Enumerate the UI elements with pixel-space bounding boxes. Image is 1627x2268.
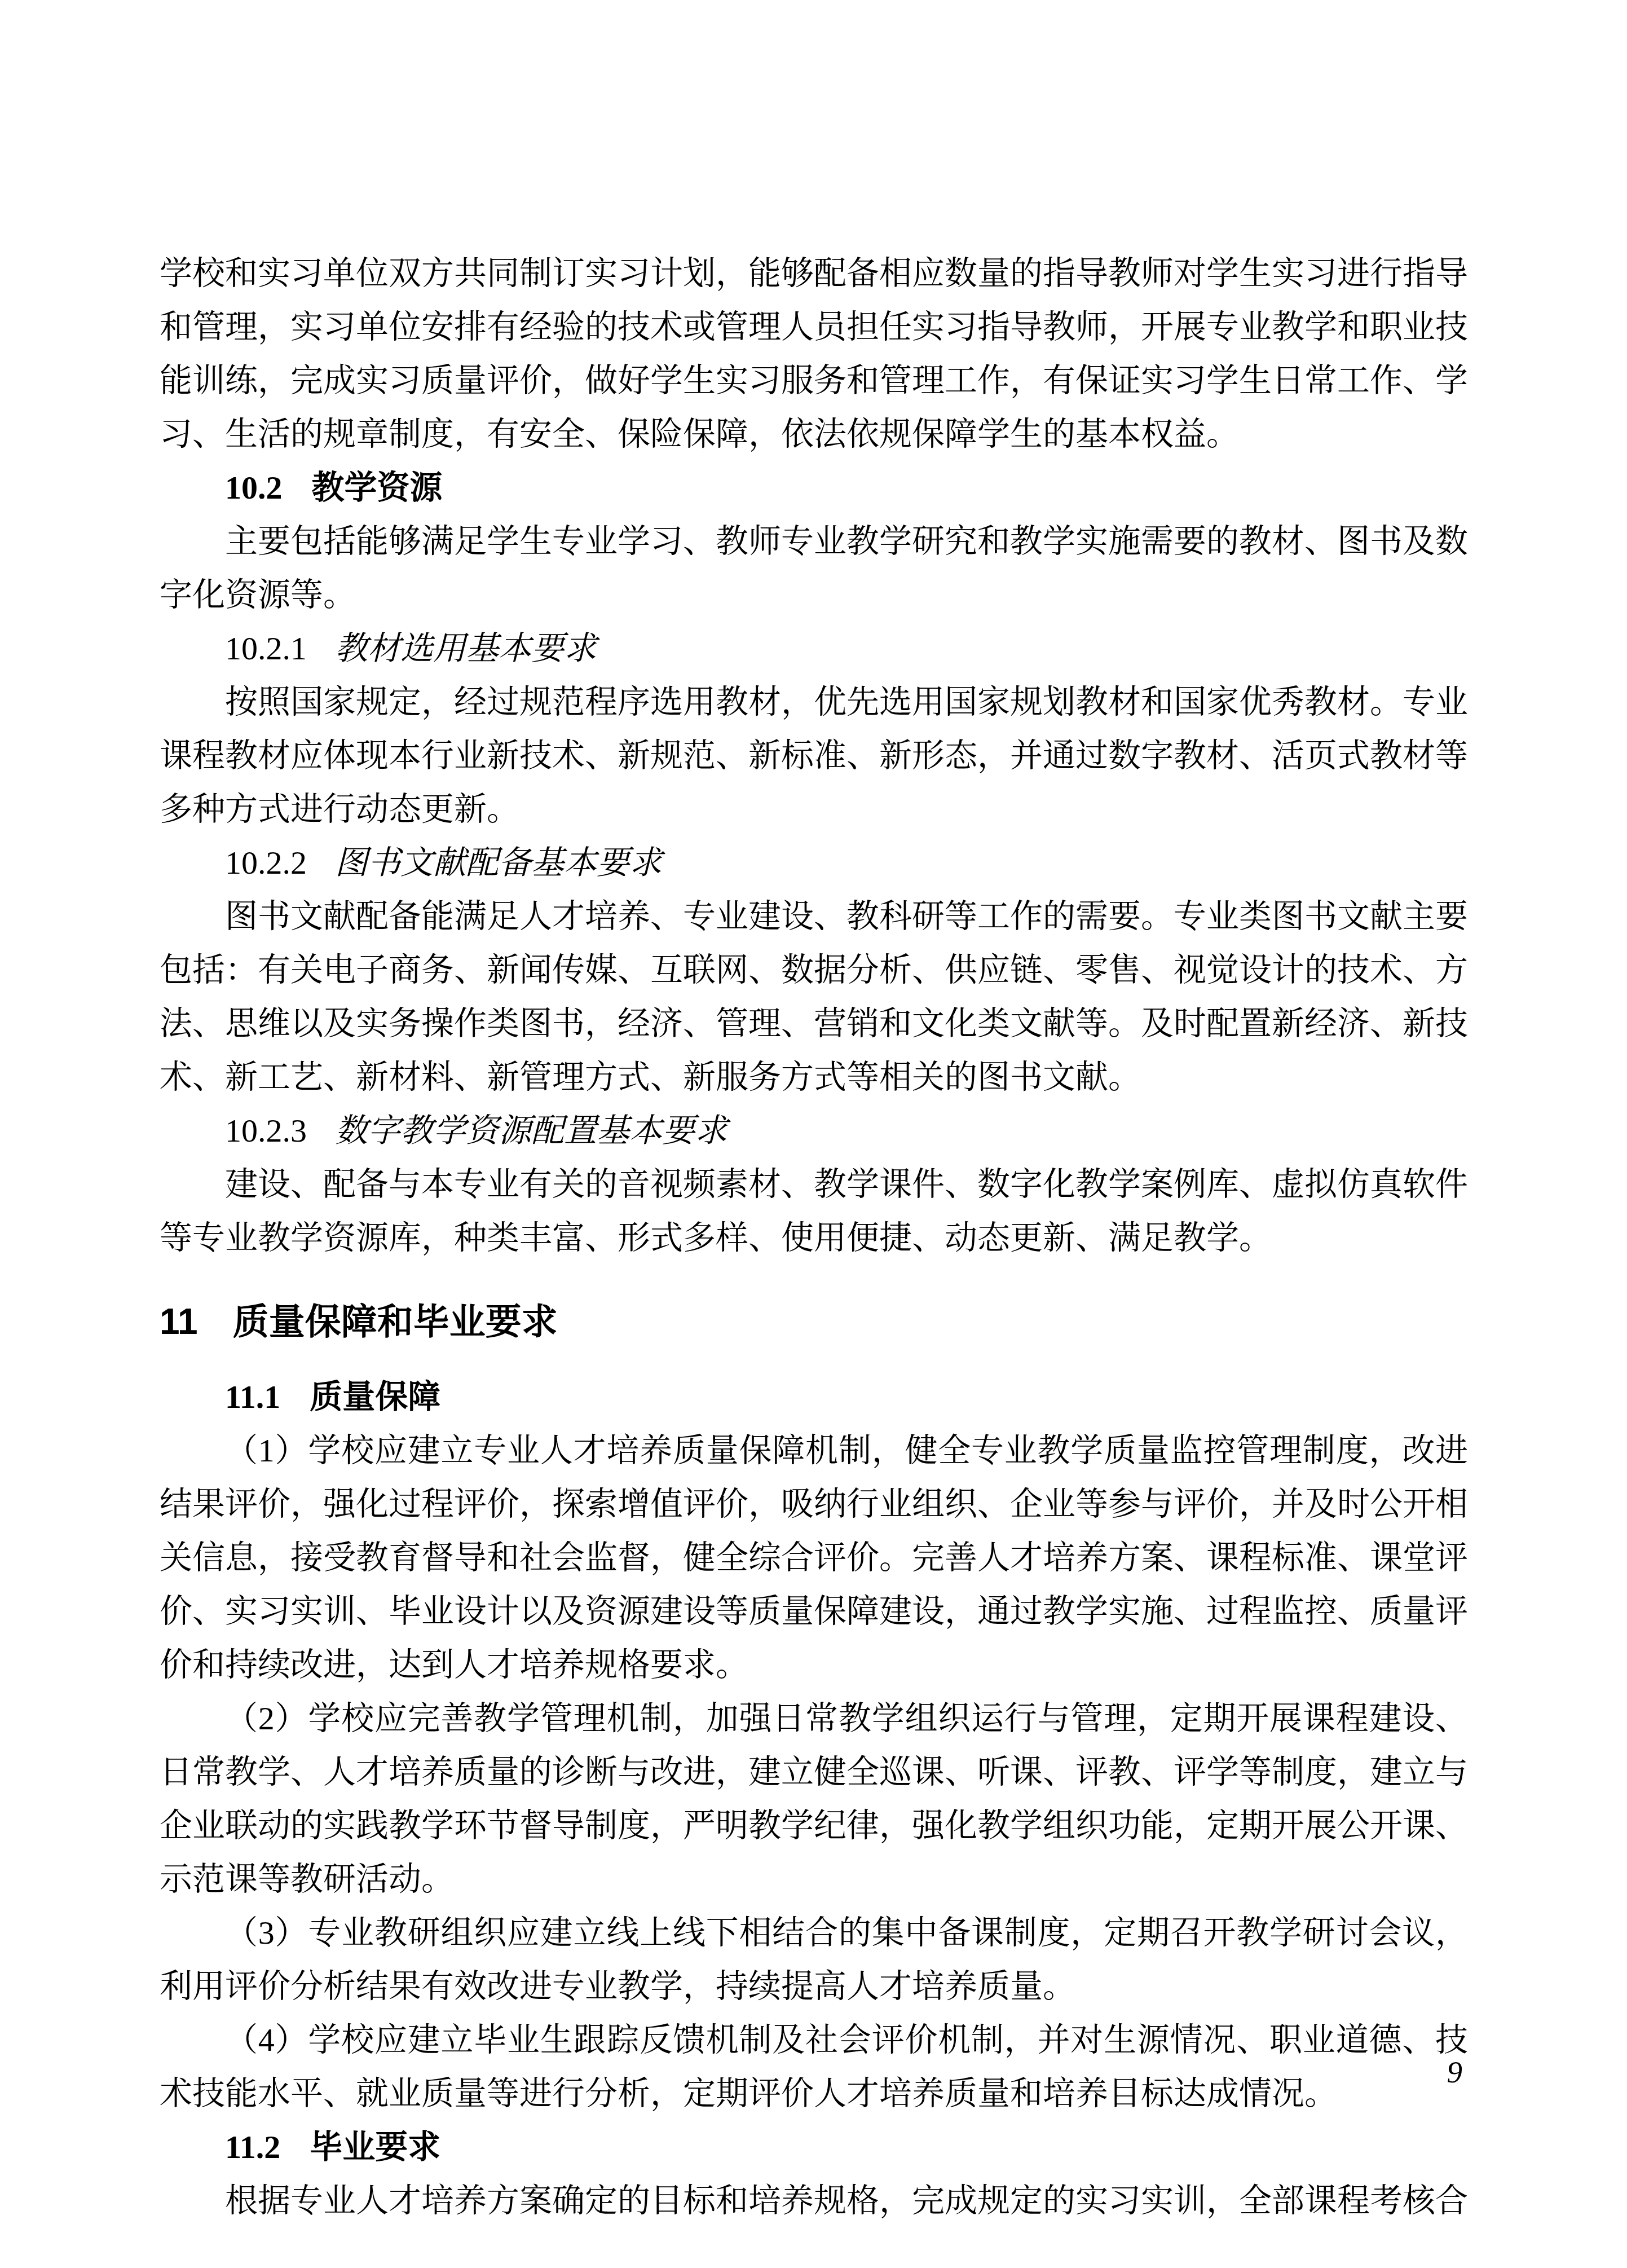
section-heading: 11质量保障和毕业要求: [160, 1295, 1468, 1349]
subsection-heading: 11.1质量保障: [160, 1370, 1468, 1424]
heading-number: 10.2: [225, 469, 283, 506]
heading-number: 11: [160, 1301, 198, 1342]
heading-title: 质量保障: [310, 1379, 440, 1415]
heading-title: 数字教学资源配置基本要求: [335, 1112, 727, 1149]
document-content: 学校和实习单位双方共同制订实习计划，能够配备相应数量的指导教师对学生实习进行指导…: [160, 246, 1468, 2227]
heading-number: 10.2.2: [225, 844, 307, 881]
subsection-heading: 10.2教学资源: [160, 461, 1468, 514]
page-number: 9: [1447, 2054, 1463, 2090]
subsubsection-heading: 10.2.3数字教学资源配置基本要求: [160, 1104, 1468, 1157]
heading-number: 11.1: [225, 1379, 280, 1415]
body-paragraph: 图书文献配备能满足人才培养、专业建设、教科研等工作的需要。专业类图书文献主要包括…: [160, 889, 1468, 1104]
document-page: 学校和实习单位双方共同制订实习计划，能够配备相应数量的指导教师对学生实习进行指导…: [0, 0, 1627, 2268]
heading-number: 10.2.3: [225, 1112, 307, 1149]
body-paragraph: 主要包括能够满足学生专业学习、教师专业教学研究和教学实施需要的教材、图书及数字化…: [160, 514, 1468, 622]
subsection-heading: 11.2毕业要求: [160, 2120, 1468, 2174]
heading-title: 质量保障和毕业要求: [233, 1301, 558, 1342]
heading-number: 11.2: [225, 2129, 280, 2165]
heading-number: 10.2.1: [225, 630, 307, 667]
heading-title: 图书文献配备基本要求: [335, 844, 662, 881]
heading-title: 毕业要求: [310, 2129, 440, 2165]
body-paragraph: （3）专业教研组织应建立线上线下相结合的集中备课制度，定期召开教学研讨会议，利用…: [160, 1906, 1468, 2013]
heading-title: 教学资源: [312, 469, 443, 506]
body-paragraph: 学校和实习单位双方共同制订实习计划，能够配备相应数量的指导教师对学生实习进行指导…: [160, 246, 1468, 461]
body-paragraph: 按照国家规定，经过规范程序选用教材，优先选用国家规划教材和国家优秀教材。专业课程…: [160, 675, 1468, 836]
body-paragraph: （4）学校应建立毕业生跟踪反馈机制及社会评价机制，并对生源情况、职业道德、技术技…: [160, 2013, 1468, 2120]
body-paragraph: （2）学校应完善教学管理机制，加强日常教学组织运行与管理，定期开展课程建设、日常…: [160, 1692, 1468, 1906]
heading-title: 教材选用基本要求: [335, 630, 597, 667]
subsubsection-heading: 10.2.2图书文献配备基本要求: [160, 836, 1468, 889]
subsubsection-heading: 10.2.1教材选用基本要求: [160, 622, 1468, 675]
body-paragraph: 根据专业人才培养方案确定的目标和培养规格，完成规定的实习实训，全部课程考核合: [160, 2174, 1468, 2227]
body-paragraph: 建设、配备与本专业有关的音视频素材、教学课件、数字化教学案例库、虚拟仿真软件等专…: [160, 1157, 1468, 1265]
body-paragraph: （1）学校应建立专业人才培养质量保障机制，健全专业教学质量监控管理制度，改进结果…: [160, 1424, 1468, 1692]
